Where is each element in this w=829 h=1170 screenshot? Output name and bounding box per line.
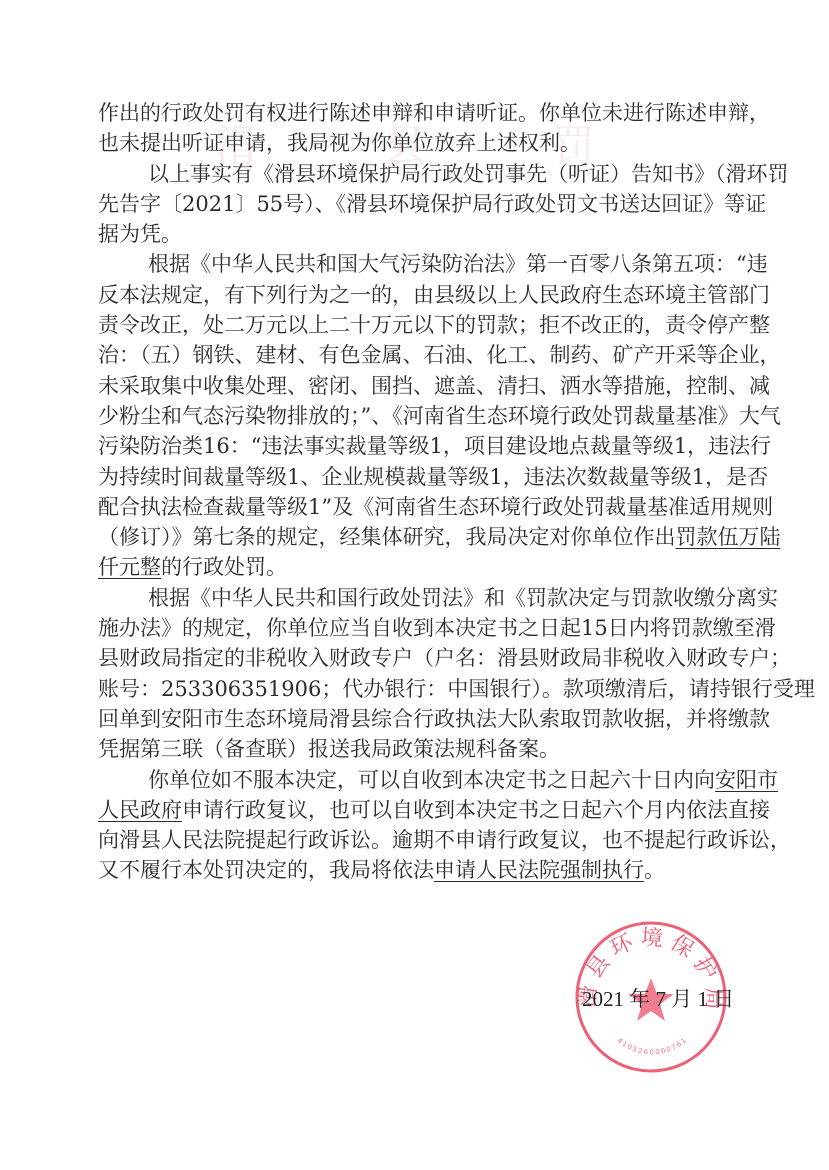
text-line: 向滑县人民法院提起行政诉讼。逾期不申请行政复议，也不提起行政诉讼， <box>98 825 726 855</box>
text-line: 未采取集中收集处理、密闭、围挡、遮盖、清扫、洒水等措施，控制、减 <box>98 371 726 401</box>
text-line: 凭据第三联（备查联）报送我局政策法规科备案。 <box>98 734 726 764</box>
text-segment: 你单位如不服本决定，可以自收到本决定书之日起六十日内向 <box>148 768 715 792</box>
text-line: 反本法规定，有下列行为之一的，由县级以上人民政府生态环境主管部门 <box>98 280 726 310</box>
text-line: 根据《中华人民共和国行政处罚法》和《罚款决定与罚款收缴分离实 <box>98 583 726 613</box>
text-line: 县财政局指定的非税收入财政专户（户名：滑县财政局非税收入财政专户； <box>98 643 726 673</box>
issue-date: 2021 年 7 月 1 日 <box>582 983 734 1013</box>
text-line: 污染防治类16：“违法事实裁量等级1，项目建设地点裁量等级1，违法行 <box>98 431 726 461</box>
text-segment: 的行政处罚。 <box>161 555 287 579</box>
text-line: 根据《中华人民共和国大气污染防治法》第一百零八条第五项：“违 <box>98 249 726 279</box>
text-line: 先告字〔2021〕55号）、《滑县环境保护局行政处罚文书送达回证》等证 <box>98 189 726 219</box>
text-line: 又不履行本处罚决定的，我局将依法申请人民法院强制执行。 <box>98 855 726 885</box>
review-authority-underlined: 安阳市 <box>715 768 778 792</box>
text-line: 施办法》的规定，你单位应当自收到本决定书之日起15日内将罚款缴至滑 <box>98 613 726 643</box>
text-line: 回单到安阳市生态环境局滑县综合行政执法大队索取罚款收据，并将缴款 <box>98 704 726 734</box>
text-line: （修订）》第七条的规定，经集体研究，我局决定对你单位作出罚款伍万陆 <box>98 522 726 552</box>
text-line: 配合执法检查裁量等级1”及《河南省生态环境行政处罚裁量基准适用规则 <box>98 492 726 522</box>
text-segment: 。 <box>644 858 665 882</box>
text-line: 以上事实有《滑县环境保护局行政处罚事先（听证）告知书》（滑环罚 <box>98 159 726 189</box>
text-line: 少粉尘和气态污染物排放的；”、《河南省生态环境行政处罚裁量基准》大气 <box>98 401 726 431</box>
text-line: 仟元整的行政处罚。 <box>98 552 726 582</box>
text-line: 责令改正，处二万元以上二十万元以下的罚款；拒不改正的，责令停产整 <box>98 310 726 340</box>
text-line: 作出的行政处罚有权进行陈述申辩和申请听证。你单位未进行陈述申辩， <box>98 98 726 128</box>
account-info-line: 账号：253306351906；代办银行：中国银行）。款项缴清后，请持银行受理 <box>98 674 726 704</box>
text-segment: 又不履行本处罚决定的，我局将依法 <box>98 858 434 882</box>
text-segment: 申请行政复议，也可以自收到本决定书之日起六个月内依法直接 <box>182 798 770 822</box>
svg-text:4105260000761: 4105260000761 <box>616 1036 689 1057</box>
document-body: 作出的行政处罚有权进行陈述申辩和申请听证。你单位未进行陈述申辩， 也未提出听证申… <box>98 98 726 886</box>
text-line: 人民政府申请行政复议，也可以自收到本决定书之日起六个月内依法直接 <box>98 795 726 825</box>
text-line: 你单位如不服本决定，可以自收到本决定书之日起六十日内向安阳市 <box>98 765 726 795</box>
penalty-amount-underlined: 罚款伍万陆 <box>676 525 781 549</box>
enforcement-underlined: 申请人民法院强制执行 <box>434 858 644 882</box>
text-line: 据为凭。 <box>98 219 726 249</box>
penalty-amount-underlined: 仟元整 <box>98 555 161 579</box>
text-segment: （修订）》第七条的规定，经集体研究，我局决定对你单位作出 <box>98 525 676 549</box>
document-page: 滑 县 罚 作出的行政处罚有权进行陈述申辩和申请听证。你单位未进行陈述申辩， 也… <box>0 0 829 1170</box>
text-line: 也未提出听证申请，我局视为你单位放弃上述权利。 <box>98 128 726 158</box>
text-line: 为持续时间裁量等级1、企业规模裁量等级1，违法次数裁量等级1，是否 <box>98 462 726 492</box>
text-line: 治：（五）钢铁、建材、有色金属、石油、化工、制药、矿产开采等企业， <box>98 340 726 370</box>
review-authority-underlined: 人民政府 <box>98 798 182 822</box>
